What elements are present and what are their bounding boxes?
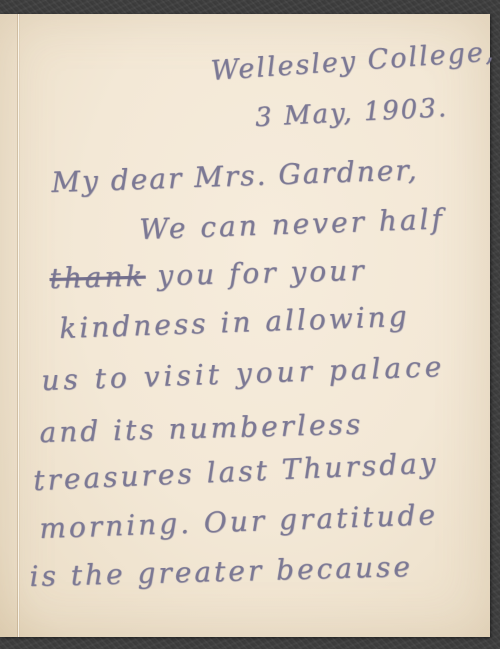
struck-word: thank [49, 259, 146, 295]
scanned-letter: Wellesley College, 3 May, 1903. My dear … [0, 0, 500, 649]
letter-line-text: you for your [145, 254, 367, 293]
page-fold-crease [17, 14, 20, 637]
